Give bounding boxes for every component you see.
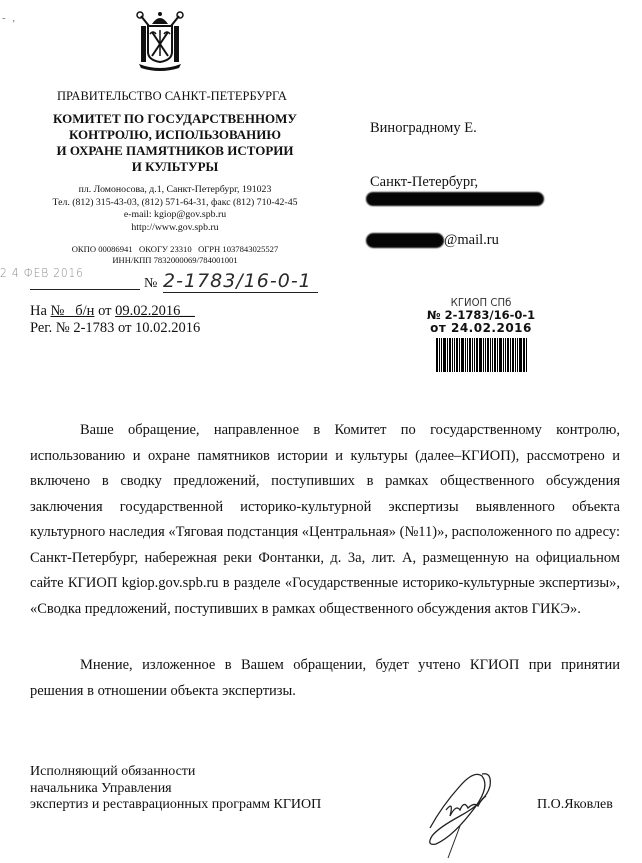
title-line: экспертиз и реставрационных программ КГИ… — [30, 797, 321, 814]
recipient-name: Виноградному Е. — [370, 120, 477, 137]
outgoing-number-handwritten: 2-1783/16-0-1 — [163, 270, 318, 293]
reference-date: 09.02.2016__ — [115, 303, 195, 319]
recipient-email-domain: @mail.ru — [444, 232, 499, 249]
committee-line: КОНТРОЛЮ, ИСПОЛЬЗОВАНИЮ — [30, 127, 320, 143]
outgoing-number-label: № — [144, 276, 157, 292]
address: пл. Ломоносова, д.1, Санкт-Петербург, 19… — [30, 184, 320, 197]
reference-line: На № б/н от 09.02.2016__ — [30, 303, 195, 320]
paragraph-2: Мнение, изложенное в Вашем обращении, бу… — [30, 653, 620, 704]
title-line: начальника Управления — [30, 781, 321, 798]
phones: Тел. (812) 315-43-03, (812) 571-64-31, ф… — [30, 197, 320, 210]
redacted-address — [366, 192, 544, 206]
committee-contacts: пл. Ломоносова, д.1, Санкт-Петербург, 19… — [30, 184, 320, 234]
letter-body-2: Мнение, изложенное в Вашем обращении, бу… — [30, 653, 620, 704]
committee-line: И КУЛЬТУРЫ — [30, 159, 320, 175]
committee-line: И ОХРАНЕ ПАМЯТНИКОВ ИСТОРИИ — [30, 143, 320, 159]
registration-line: Рег. № 2-1783 от 10.02.2016 — [30, 320, 200, 337]
date-stamp: 2 4 ФЕВ 2016 — [0, 265, 84, 280]
saint-petersburg-coat-of-arms-icon — [135, 10, 185, 72]
signatory-title: Исполняющий обязанности начальника Управ… — [30, 764, 321, 814]
title-line: Исполняющий обязанности — [30, 764, 321, 781]
barcode-icon — [427, 338, 535, 372]
paragraph-1: Ваше обращение, направленное в Комитет п… — [30, 418, 620, 622]
letter-body: Ваше обращение, направленное в Комитет п… — [30, 418, 620, 622]
redacted-email-user — [366, 233, 444, 248]
registration-barcode-stamp: КГИОП СПб № 2-1783/16-0-1 от 24.02.2016 — [418, 297, 544, 372]
website: http://www.gov.spb.ru — [30, 222, 320, 235]
scan-artifact: - , — [2, 12, 17, 24]
email: e-mail: kgiop@gov.spb.ru — [30, 209, 320, 222]
handwritten-signature-icon — [420, 766, 500, 862]
reference-number: № б/н — [51, 303, 95, 319]
barcode-date: от 24.02.2016 — [418, 322, 544, 335]
registration-codes: ОКПО 00086941 ОКОГУ 23310 ОГРН 103784302… — [30, 244, 320, 266]
committee-name: КОМИТЕТ ПО ГОСУДАРСТВЕННОМУ КОНТРОЛЮ, ИС… — [30, 111, 320, 175]
reference-prefix: На — [30, 303, 51, 319]
recipient-city: Санкт-Петербург, — [370, 174, 478, 191]
barcode-org: КГИОП СПб — [423, 297, 539, 309]
signatory-name: П.О.Яковлев — [537, 797, 613, 813]
okpo-okogu-ogrn: ОКПО 00086941 ОКОГУ 23310 ОГРН 103784302… — [30, 244, 320, 255]
committee-line: КОМИТЕТ ПО ГОСУДАРСТВЕННОМУ — [30, 111, 320, 127]
date-underline — [30, 289, 140, 290]
reference-from: от — [94, 303, 115, 319]
government-name: ПРАВИТЕЛЬСТВО САНКТ-ПЕТЕРБУРГА — [32, 89, 312, 104]
